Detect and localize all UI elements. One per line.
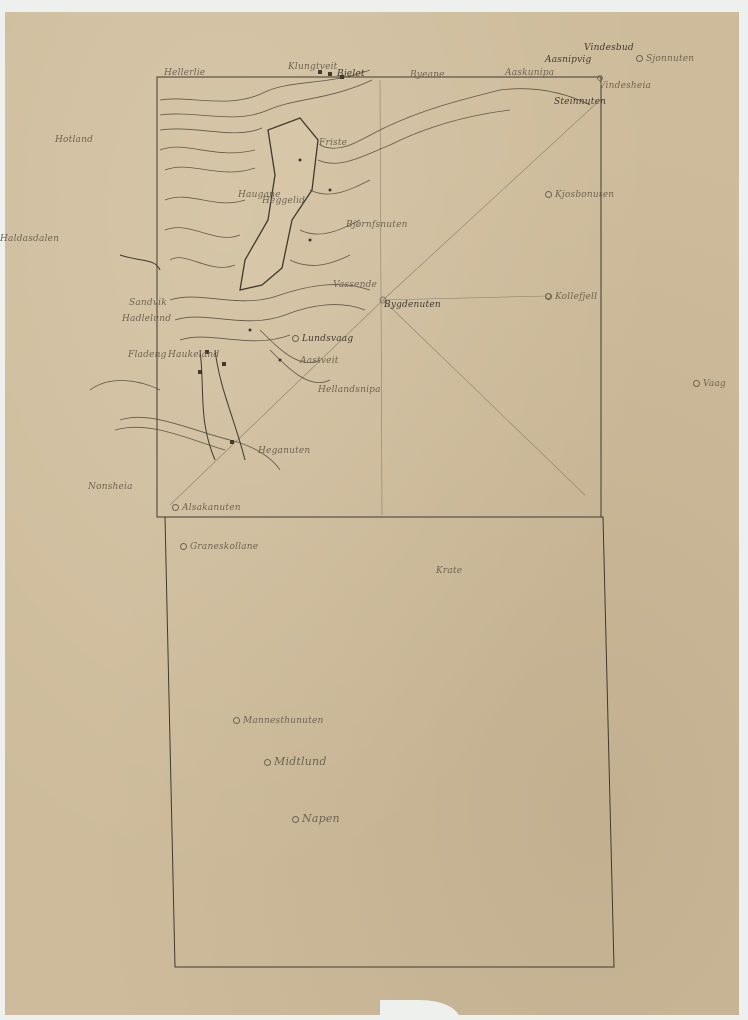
place-label: Heganuten: [258, 446, 310, 456]
place-label: Krate: [436, 566, 462, 576]
place-label: Napen: [292, 812, 340, 825]
place-label: Sandvik: [129, 298, 167, 308]
place-label: Bygdenuten: [384, 300, 441, 310]
place-label: Friste: [319, 138, 347, 148]
place-label: Sjonnuten: [636, 54, 694, 64]
place-label: Aaskunipa: [505, 68, 554, 78]
place-label: Alsakanuten: [172, 503, 241, 513]
terrain-hachures: [90, 70, 590, 470]
place-label: Haukeland: [168, 350, 219, 360]
place-label: Fladeng: [128, 350, 167, 360]
upper-frame: [157, 77, 601, 517]
place-label: Vaag: [693, 379, 726, 389]
place-label: Bjelet: [337, 69, 365, 79]
survey-frames: [157, 77, 614, 967]
place-label: Klungtveit: [288, 62, 337, 72]
place-label: Steinnuten: [554, 97, 606, 107]
place-label: Aasnipvig: [545, 55, 591, 65]
place-label: Nonsheia: [88, 482, 133, 492]
place-label: Hotland: [55, 135, 93, 145]
place-label: Midtlund: [264, 755, 327, 768]
place-label: Bjørnfsnuten: [346, 220, 408, 230]
place-label: Graneskollane: [180, 542, 258, 552]
place-label: Kollefjell: [545, 292, 597, 302]
place-label: Haldasdalen: [0, 234, 59, 244]
place-label: Heggelid: [262, 196, 305, 206]
place-label: Vassende: [333, 280, 377, 290]
place-label: Mannesthunuten: [233, 716, 323, 726]
place-label: Vindesbud: [584, 43, 634, 53]
map-drawing: [0, 0, 748, 1020]
place-label: Hellandsnipa: [318, 385, 381, 395]
place-label: Lundsvaag: [292, 334, 353, 344]
lower-frame: [165, 517, 614, 967]
place-label: Hadlelund: [122, 314, 171, 324]
place-label: Hellerlie: [164, 68, 205, 78]
place-label: Kjosbonuten: [545, 190, 614, 200]
place-label: Aastveit: [300, 356, 339, 366]
place-label: Byeane: [410, 70, 445, 80]
place-label: Vindesheia: [599, 81, 651, 91]
